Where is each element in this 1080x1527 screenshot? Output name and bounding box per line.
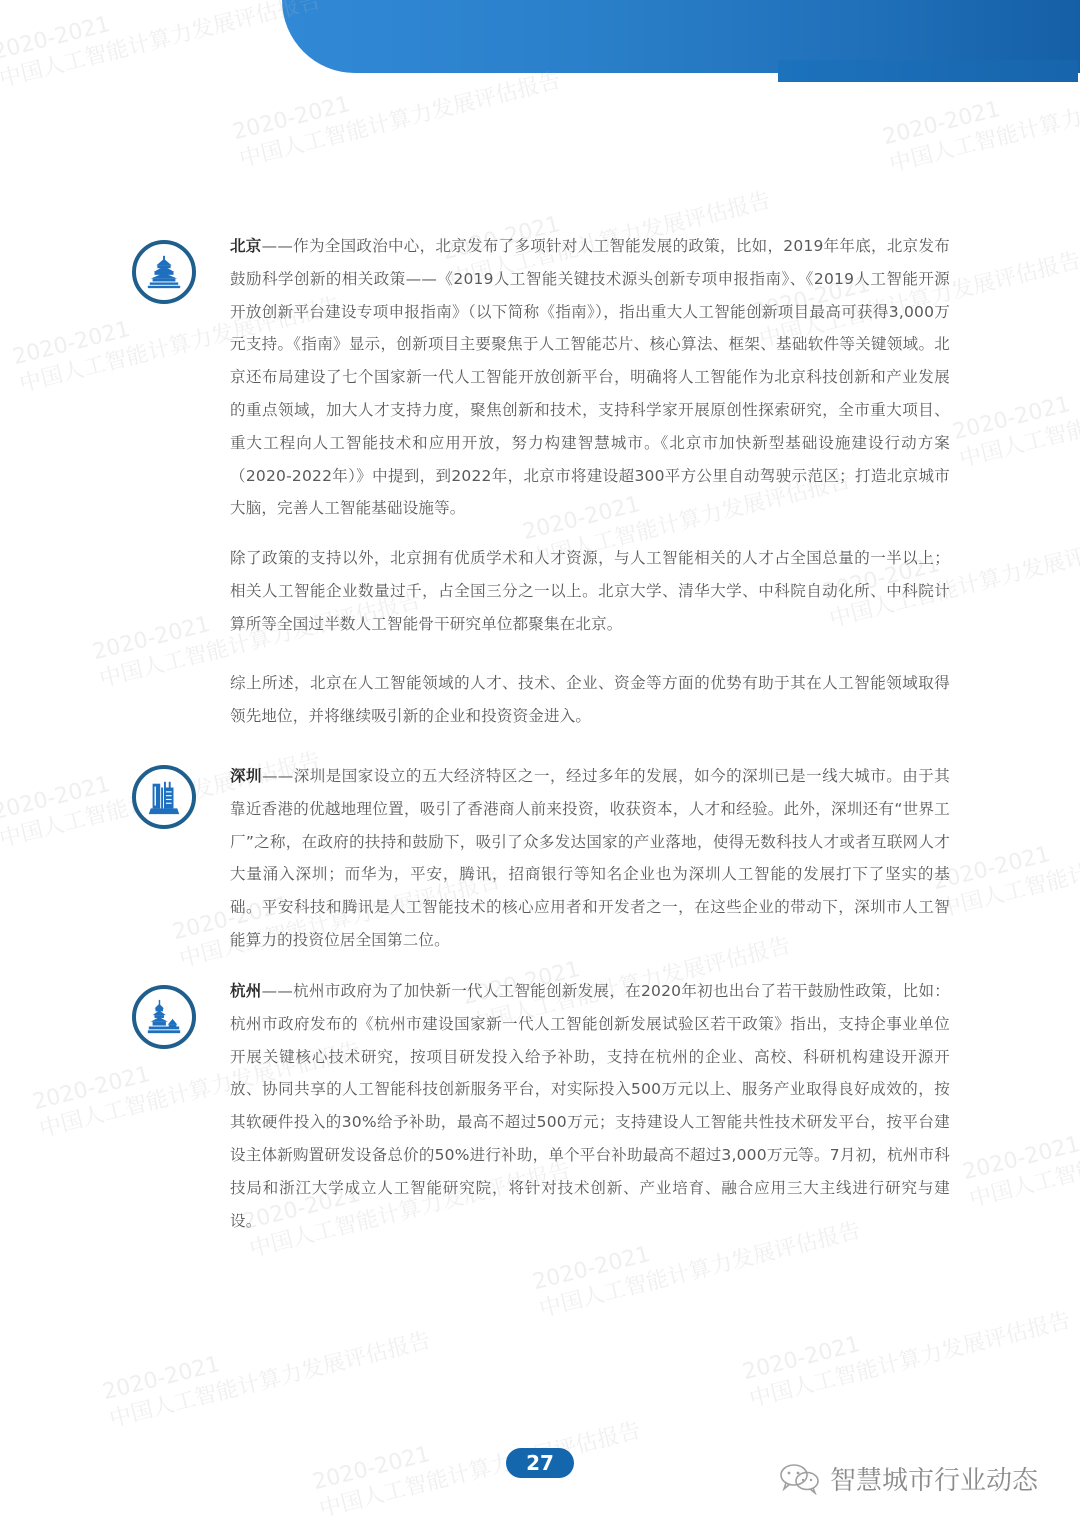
beijing-paragraph-2: 除了政策的支持以外，北京拥有优质学术和人才资源，与人工智能相关的人才占全国总量的…: [230, 542, 950, 640]
hangzhou-paragraph: 杭州——杭州市政府为了加快新一代人工智能创新发展，在2020年初也出台了若干鼓励…: [230, 975, 950, 1237]
city-name-shenzhen: 深圳: [230, 767, 262, 785]
skyscrapers-icon: [132, 765, 196, 829]
header-tab-strip: [778, 60, 1078, 82]
wechat-icon: [778, 1461, 822, 1495]
beijing-paragraph-3: 综上所述，北京在人工智能领域的人才、技术、企业、资金等方面的优势有助于其在人工智…: [230, 667, 950, 733]
watermark: 2020-2021中国人工智能计算力发展评估报告: [740, 1280, 1074, 1414]
city-name-hangzhou: 杭州: [230, 982, 262, 1000]
pagoda-icon: [132, 985, 196, 1049]
watermark: 2020-2021中国人工智能计算力发展评估报告: [100, 1300, 434, 1434]
brand-watermark: 智慧城市行业动态: [778, 1458, 1038, 1498]
page-number-badge: 27: [506, 1448, 574, 1478]
shenzhen-paragraph: 深圳——深圳是国家设立的五大经济特区之一，经过多年的发展，如今的深圳已是一线大城…: [230, 760, 950, 957]
watermark: 2020-2021中国人工智能计算力发展评估报告: [310, 1390, 644, 1524]
watermark: 2020-2021中国人工智能计算力发展评估报告: [950, 340, 1080, 474]
watermark: 2020-2021中国人工智能计算力发展评估报告: [960, 1080, 1080, 1214]
city-name-beijing: 北京: [230, 237, 262, 255]
watermark: 2020-2021中国人工智能计算力发展评估报告: [930, 790, 1080, 924]
beijing-paragraph-1: 北京——作为全国政治中心，北京发布了多项针对人工智能发展的政策，比如，2019年…: [230, 230, 950, 525]
watermark: 2020-2021中国人工智能计算力发展评估报告: [0, 0, 324, 94]
brand-text: 智慧城市行业动态: [830, 1460, 1038, 1497]
temple-of-heaven-icon: [132, 240, 196, 304]
